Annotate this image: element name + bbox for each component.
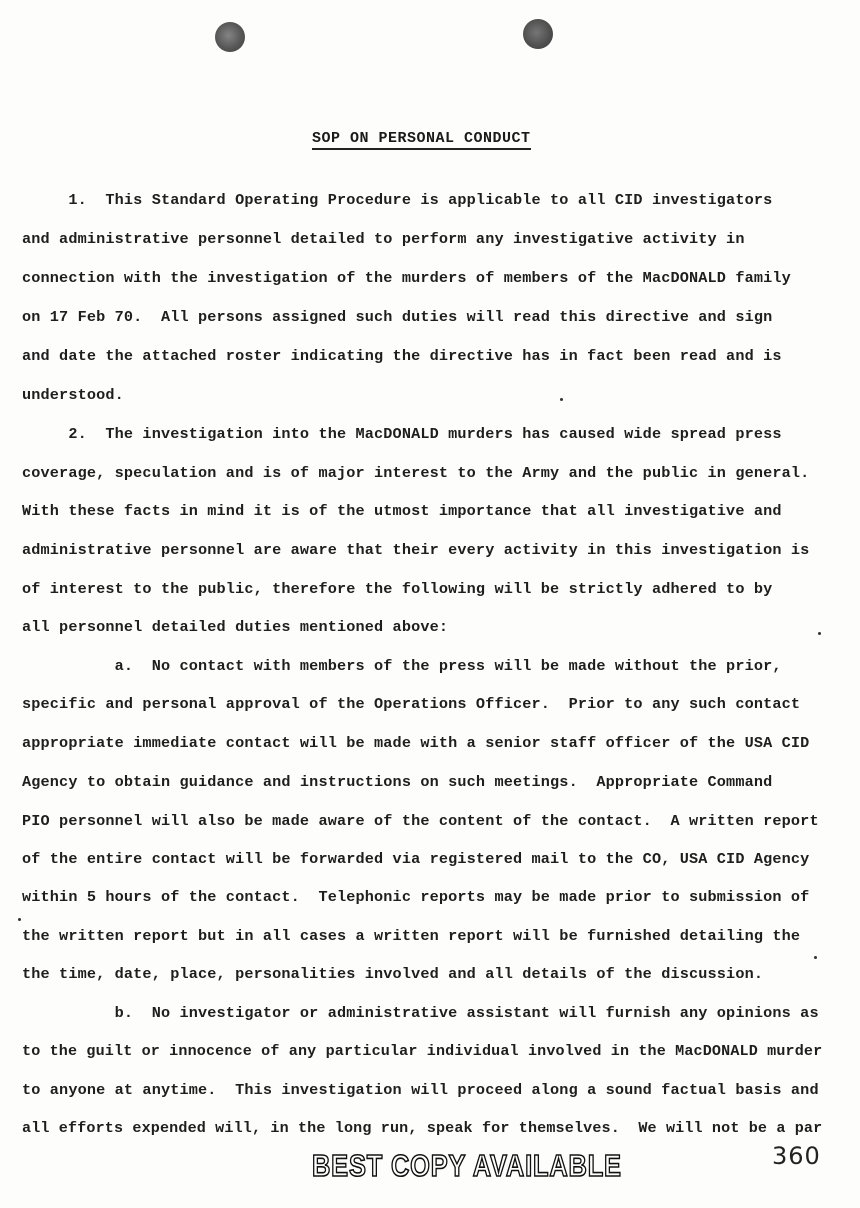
text-line: of the entire contact will be forwarded … [22, 850, 809, 868]
text-line: With these facts in mind it is of the ut… [22, 502, 782, 520]
scan-speck [18, 918, 21, 921]
text-line: 2. The investigation into the MacDONALD … [22, 425, 782, 443]
text-line: coverage, speculation and is of major in… [22, 464, 809, 482]
text-line: to anyone at anytime. This investigation… [22, 1081, 819, 1099]
text-line: within 5 hours of the contact. Telephoni… [22, 888, 809, 906]
text-line: of interest to the public, therefore the… [22, 580, 772, 598]
text-line: connection with the investigation of the… [22, 269, 791, 287]
text-line: appropriate immediate contact will be ma… [22, 734, 809, 752]
text-line: b. No investigator or administrative ass… [22, 1004, 819, 1022]
text-line: PIO personnel will also be made aware of… [22, 812, 819, 830]
text-line: to the guilt or innocence of any particu… [22, 1042, 822, 1060]
punch-hole-right [523, 19, 553, 49]
scan-speck [560, 398, 563, 401]
text-line: all efforts expended will, in the long r… [22, 1119, 822, 1137]
text-line: on 17 Feb 70. All persons assigned such … [22, 308, 772, 326]
text-line: 1. This Standard Operating Procedure is … [22, 191, 772, 209]
text-line: and administrative personnel detailed to… [22, 230, 745, 248]
page-number: 360 [772, 1142, 821, 1170]
text-line: all personnel detailed duties mentioned … [22, 618, 448, 636]
text-line: administrative personnel are aware that … [22, 541, 809, 559]
text-line: specific and personal approval of the Op… [22, 695, 800, 713]
document-page: SOP ON PERSONAL CONDUCT 1. This Standard… [0, 0, 860, 1208]
text-line: and date the attached roster indicating … [22, 347, 782, 365]
scan-speck [818, 632, 821, 635]
text-line: the time, date, place, personalities inv… [22, 965, 763, 983]
best-copy-stamp: BEST COPY AVAILABLE [312, 1148, 622, 1184]
text-line: understood. [22, 386, 124, 404]
scan-speck [814, 956, 817, 959]
text-line: the written report but in all cases a wr… [22, 927, 800, 945]
punch-hole-left [215, 22, 245, 52]
text-line: Agency to obtain guidance and instructio… [22, 773, 772, 791]
document-title: SOP ON PERSONAL CONDUCT [312, 130, 531, 150]
text-line: a. No contact with members of the press … [22, 657, 782, 675]
